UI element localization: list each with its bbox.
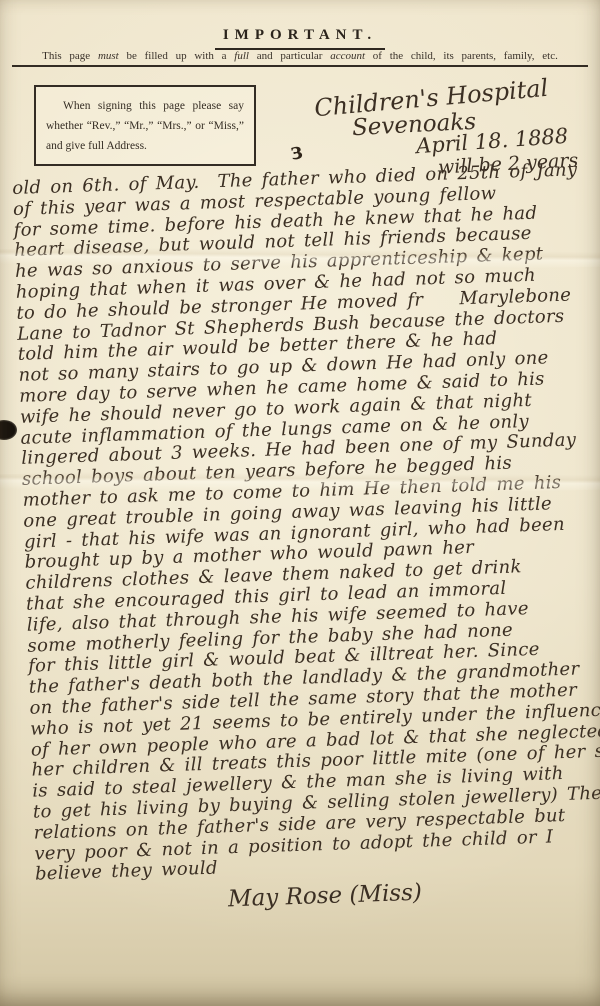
divider-rule <box>12 65 588 67</box>
instruction-emph: account <box>330 50 365 62</box>
instruction-emph: full <box>234 50 249 62</box>
header: IMPORTANT. <box>0 26 600 50</box>
page-title: IMPORTANT. <box>215 27 385 50</box>
signing-notice-text: When signing this page please say whethe… <box>46 100 244 152</box>
instruction-emph: must <box>98 50 119 62</box>
instruction-line: This page must be filled up with a full … <box>20 50 580 62</box>
instruction-text: of the child, its parents, family, etc. <box>365 50 558 62</box>
ink-blot <box>0 420 17 440</box>
letter-body: old on 6th. of May. The father who died … <box>12 159 600 886</box>
signing-notice-box: When signing this page please say whethe… <box>34 85 256 166</box>
ink-flourish-mark: ε <box>288 135 304 166</box>
instruction-text: This page <box>42 50 98 62</box>
signature: May Rose (Miss) <box>228 880 423 913</box>
instruction-text: be filled up with a <box>119 50 235 62</box>
instruction-text: and particular <box>249 50 330 62</box>
document-page: IMPORTANT. This page must be filled up w… <box>0 0 600 1006</box>
